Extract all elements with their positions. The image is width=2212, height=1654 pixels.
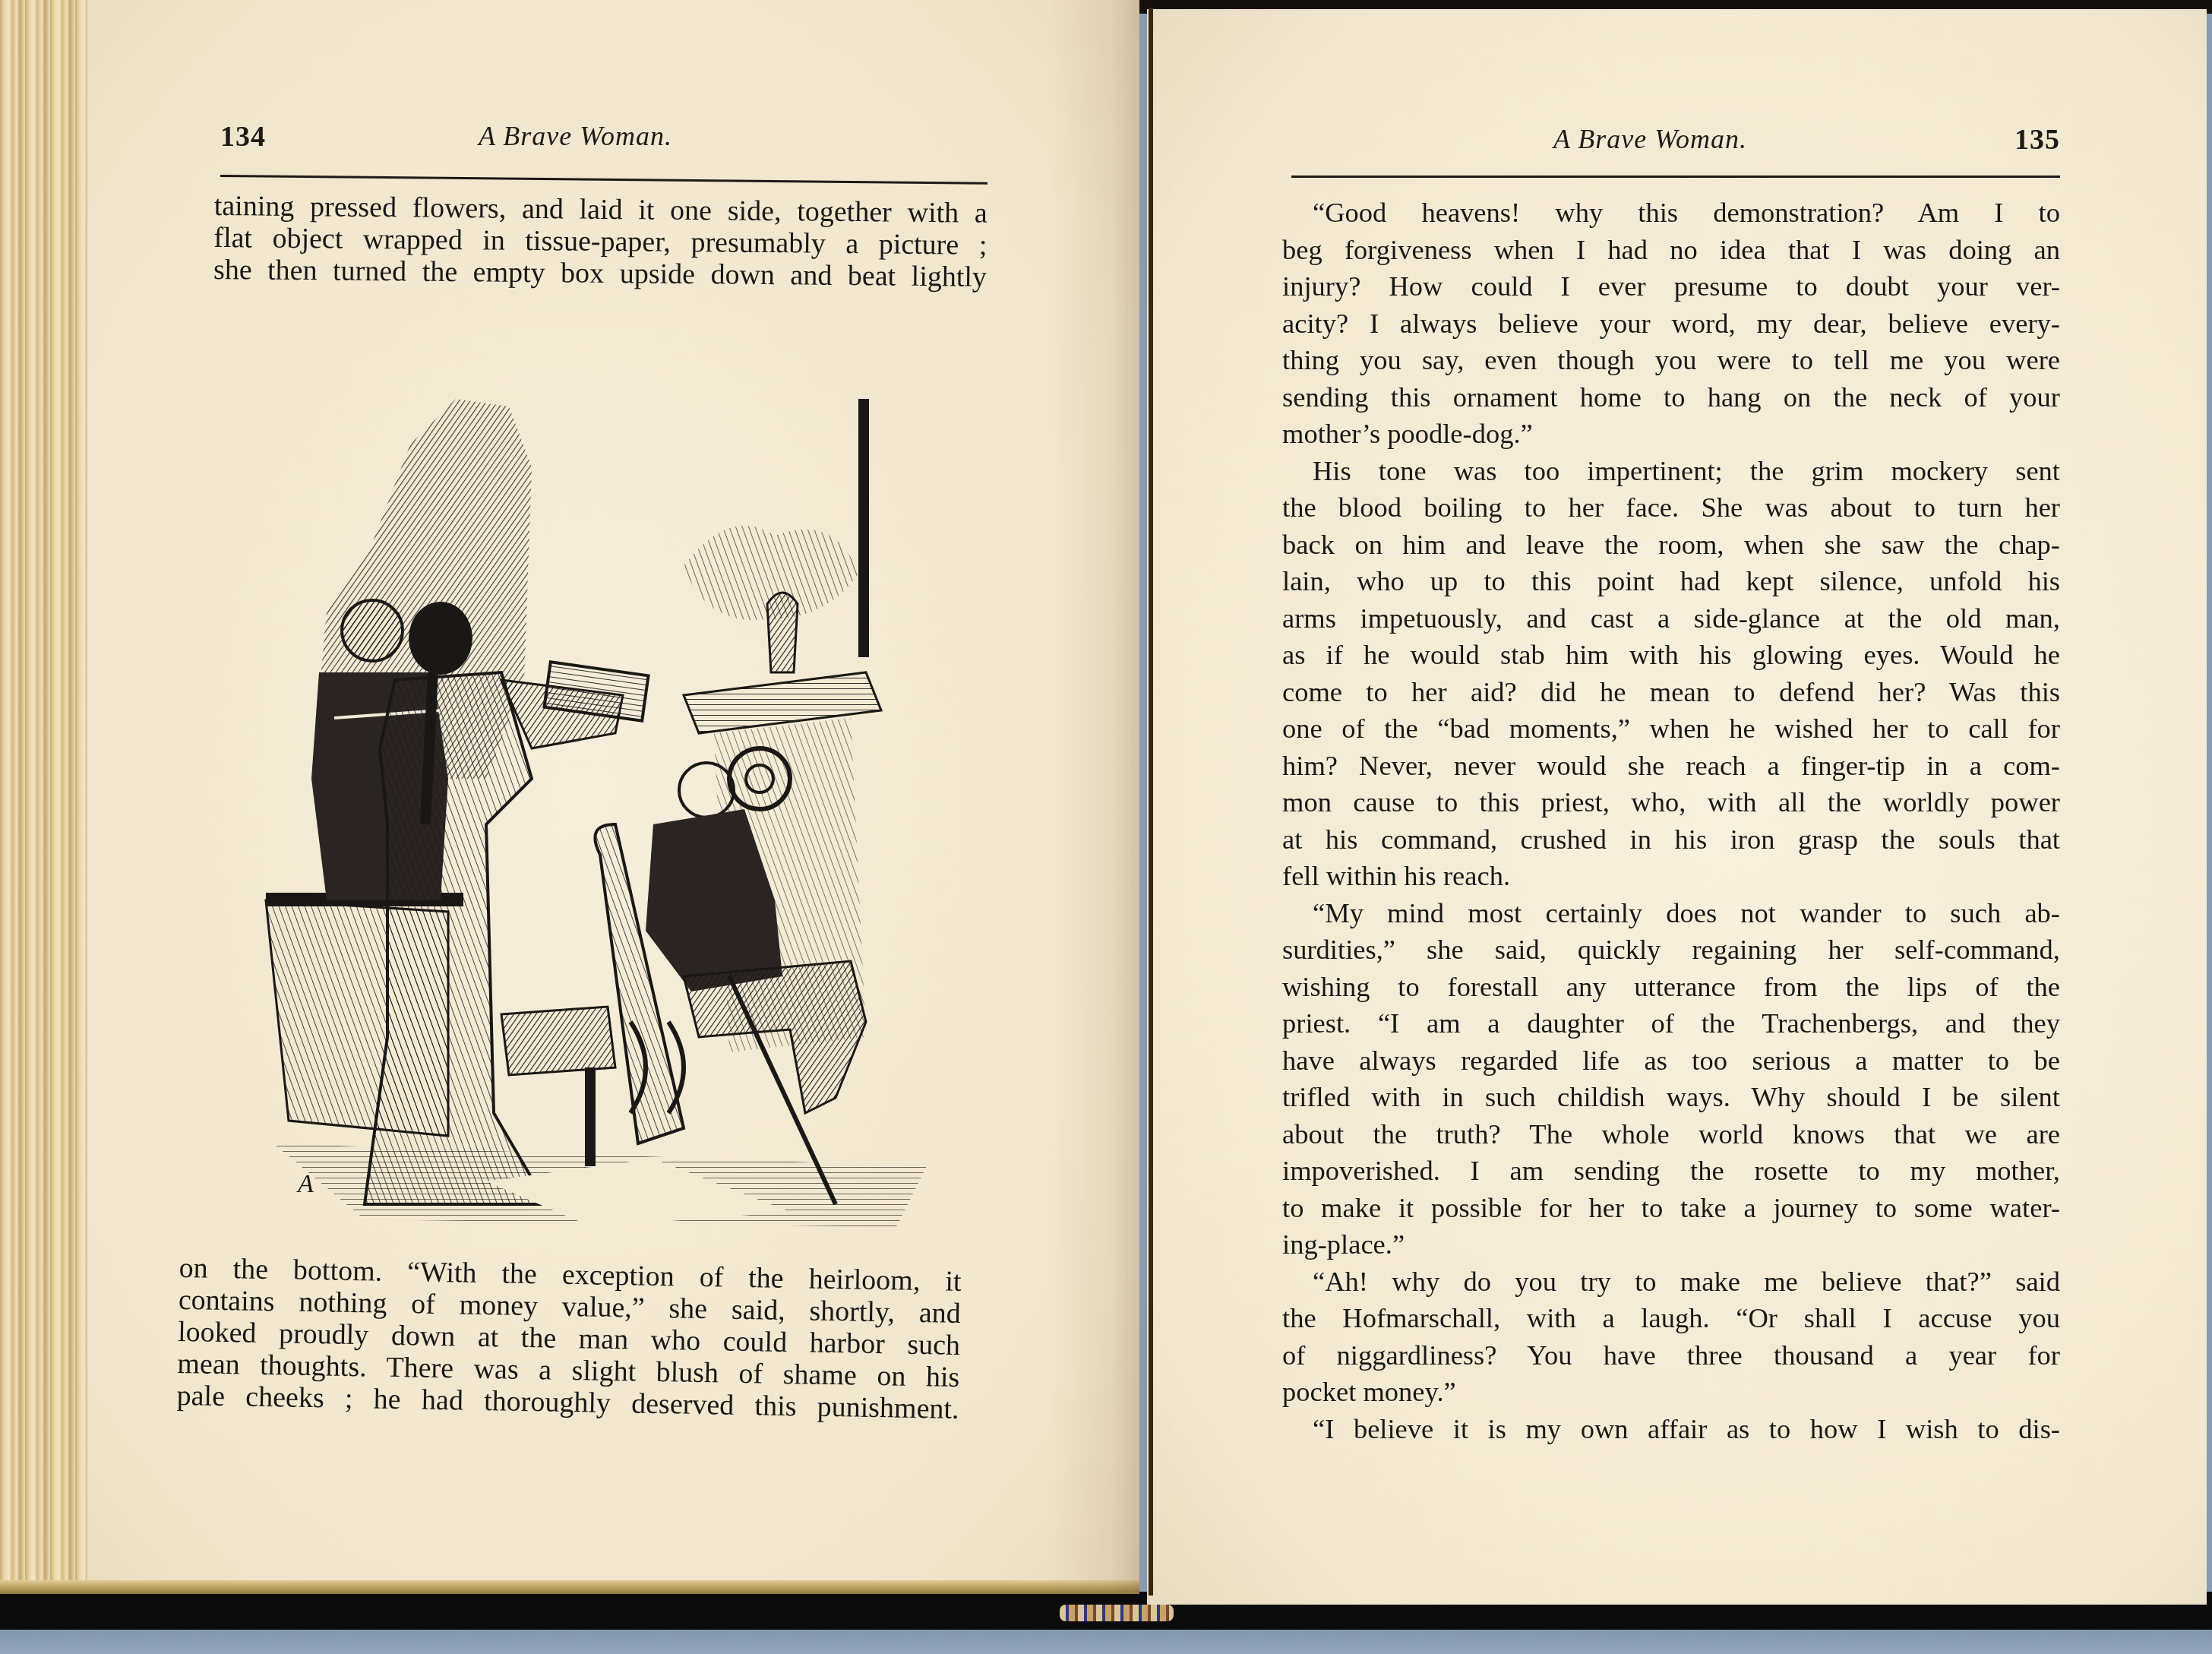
text-line: have always regarded life as too serious… — [1282, 1042, 2060, 1080]
headband — [1060, 1605, 1174, 1621]
text-line: injury? How could I ever presume to doub… — [1282, 268, 2060, 305]
page-number: 135 — [2014, 123, 2060, 157]
text-line: the Hofmarschall, with a laugh. “Or shal… — [1282, 1300, 2060, 1337]
gutter-shadow — [1048, 0, 1139, 1592]
text-line: surdities,” she said, quickly regaining … — [1282, 931, 2060, 969]
text-line: priest. “I am a daughter of the Trachenb… — [1282, 1005, 2060, 1042]
right-page-header: A Brave Woman. 135 — [1291, 123, 2060, 169]
text-line: trifled with in such childish ways. Why … — [1282, 1079, 2060, 1116]
text-line: acity? I always believe your word, my de… — [1282, 305, 2060, 343]
text-line: impoverished. I am sending the rosette t… — [1282, 1153, 2060, 1190]
text-line: of niggardliness? You have three thousan… — [1282, 1337, 2060, 1374]
right-page-text: “Good heavens! why this demonstration? A… — [1282, 194, 2060, 1447]
running-title: A Brave Woman. — [1553, 123, 1747, 155]
text-line: lain, who up to this point had kept sile… — [1282, 563, 2060, 600]
text-line: about the truth? The whole world knows t… — [1282, 1116, 2060, 1153]
left-page-top-text: taining pressed flowers, and laid it one… — [213, 190, 987, 293]
text-line: beg forgiveness when I had no idea that … — [1282, 232, 2060, 269]
text-line: to make it possible for her to take a jo… — [1282, 1190, 2060, 1227]
text-line: “My mind most certainly does not wander … — [1282, 895, 2060, 932]
text-line: fell within his reach. — [1282, 858, 2060, 895]
text-line: at his command, crushed in his iron gras… — [1282, 821, 2060, 859]
text-line: arms impetuously, and cast a side-glance… — [1282, 600, 2060, 637]
text-line: as if he would stab him with his glowing… — [1282, 637, 2060, 674]
page-edges-stack — [0, 0, 87, 1592]
text-line: “I believe it is my own affair as to how… — [1282, 1411, 2060, 1448]
left-page-bottom-text: on the bottom. “With the exception of th… — [176, 1252, 962, 1425]
text-line: “Good heavens! why this demonstration? A… — [1282, 194, 2060, 232]
text-line: ing-place.” — [1282, 1226, 2060, 1263]
text-line: mon cause to this priest, who, with all … — [1282, 784, 2060, 821]
text-line: wishing to forestall any utterance from … — [1282, 969, 2060, 1006]
text-line: him? Never, never would she reach a fing… — [1282, 748, 2060, 785]
text-line: thing you say, even though you were to t… — [1282, 342, 2060, 379]
artist-signature: A — [298, 1170, 314, 1199]
text-line: mother’s poodle-dog.” — [1282, 416, 2060, 453]
text-line: back on him and leave the room, when she… — [1282, 527, 2060, 564]
page-number: 134 — [220, 120, 266, 153]
header-rule — [1291, 176, 2060, 178]
text-line: come to her aid? did he mean to defend h… — [1282, 674, 2060, 711]
text-line: “Ah! why do you try to make me believe t… — [1282, 1263, 2060, 1301]
text-line: the blood boiling to her face. She was a… — [1282, 489, 2060, 527]
page-edges-bottom — [0, 1580, 1139, 1594]
engraving-illustration — [258, 353, 927, 1227]
left-page-header: 134 A Brave Woman. — [220, 120, 987, 166]
text-line: sending this ornament home to hang on th… — [1282, 379, 2060, 416]
text-line: His tone was too impertinent; the grim m… — [1282, 453, 2060, 490]
running-title: A Brave Woman. — [479, 120, 672, 152]
text-line: one of the “bad moments,” when he wished… — [1282, 710, 2060, 748]
text-line: pocket money.” — [1282, 1374, 2060, 1411]
gutter-line — [1149, 8, 1153, 1595]
